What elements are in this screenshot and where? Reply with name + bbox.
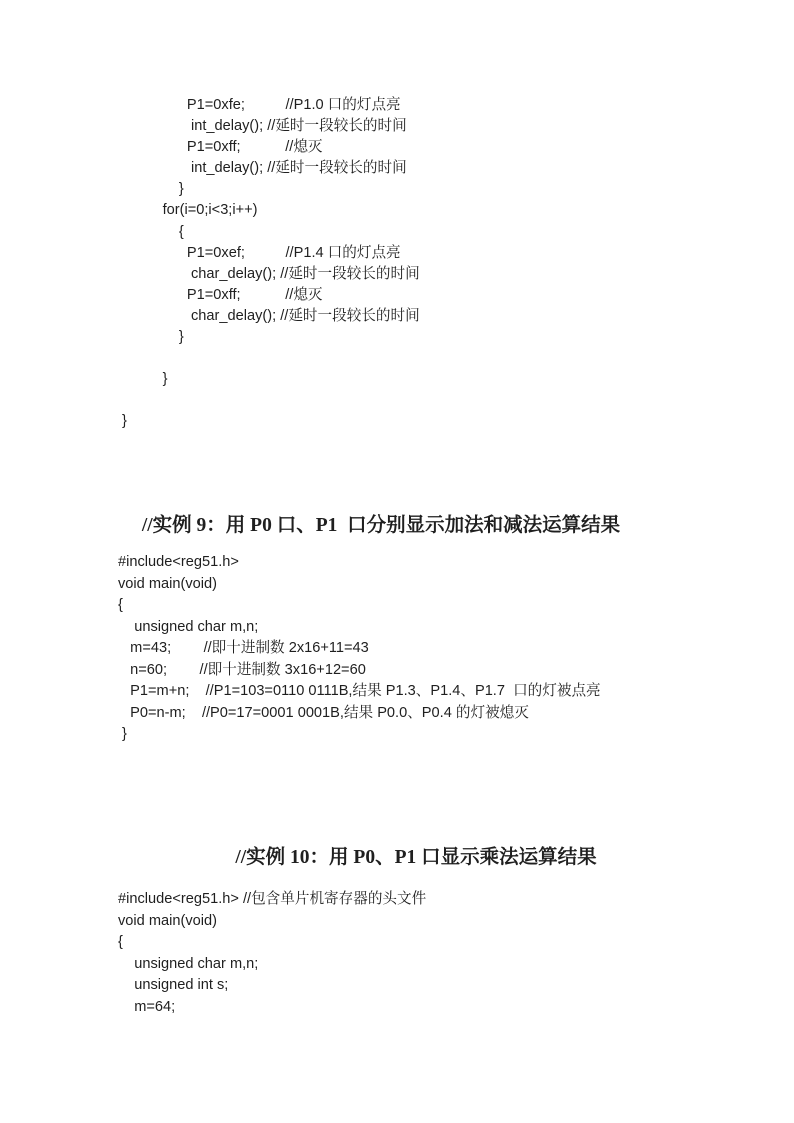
code-line: void main(void) <box>118 911 426 933</box>
code-line: P1=0xfe; //P1.0 口的灯点亮 <box>118 95 420 116</box>
code-line: unsigned int s; <box>118 975 426 997</box>
document-page: P1=0xfe; //P1.0 口的灯点亮 int_delay(); //延时一… <box>0 0 794 1123</box>
example-10-heading: //实例 10：用 P0、P1 口显示乘法运算结果 <box>19 845 794 870</box>
code-line: m=64; <box>118 997 426 1019</box>
code-line: { <box>118 595 601 617</box>
code-line: int_delay(); //延时一段较长的时间 <box>118 116 420 137</box>
code-line: int_delay(); //延时一段较长的时间 <box>118 158 420 179</box>
code-line: P1=0xef; //P1.4 口的灯点亮 <box>118 243 420 264</box>
example-10-code-block: #include<reg51.h> //包含单片机寄存器的头文件void mai… <box>118 889 426 1018</box>
code-line: } <box>118 369 420 390</box>
code-line: unsigned char m,n; <box>118 954 426 976</box>
code-line: void main(void) <box>118 574 601 596</box>
code-line: for(i=0;i<3;i++) <box>118 200 420 221</box>
code-line <box>118 390 420 411</box>
code-line: P0=n-m; //P0=17=0001 0001B,结果 P0.0、P0.4 … <box>118 703 601 725</box>
code-line <box>118 348 420 369</box>
code-line: char_delay(); //延时一段较长的时间 <box>118 306 420 327</box>
code-line: char_delay(); //延时一段较长的时间 <box>118 264 420 285</box>
code-line: } <box>118 724 601 746</box>
code-line: unsigned char m,n; <box>118 617 601 639</box>
code-block-top: P1=0xfe; //P1.0 口的灯点亮 int_delay(); //延时一… <box>118 95 420 433</box>
code-line: P1=m+n; //P1=103=0110 0111B,结果 P1.3、P1.4… <box>118 681 601 703</box>
example-9-heading: //实例 9：用 P0 口、P1 口分别显示加法和减法运算结果 <box>0 513 778 538</box>
code-line: #include<reg51.h> //包含单片机寄存器的头文件 <box>118 889 426 911</box>
code-line: P1=0xff; //熄灭 <box>118 137 420 158</box>
code-line: n=60; //即十进制数 3x16+12=60 <box>118 660 601 682</box>
code-line: { <box>118 222 420 243</box>
example-9-code-block: #include<reg51.h>void main(void){ unsign… <box>118 552 601 746</box>
code-line: { <box>118 932 426 954</box>
code-line: P1=0xff; //熄灭 <box>118 285 420 306</box>
code-line: } <box>118 411 420 432</box>
code-line: m=43; //即十进制数 2x16+11=43 <box>118 638 601 660</box>
code-line: } <box>118 179 420 200</box>
code-line: } <box>118 327 420 348</box>
code-line: #include<reg51.h> <box>118 552 601 574</box>
